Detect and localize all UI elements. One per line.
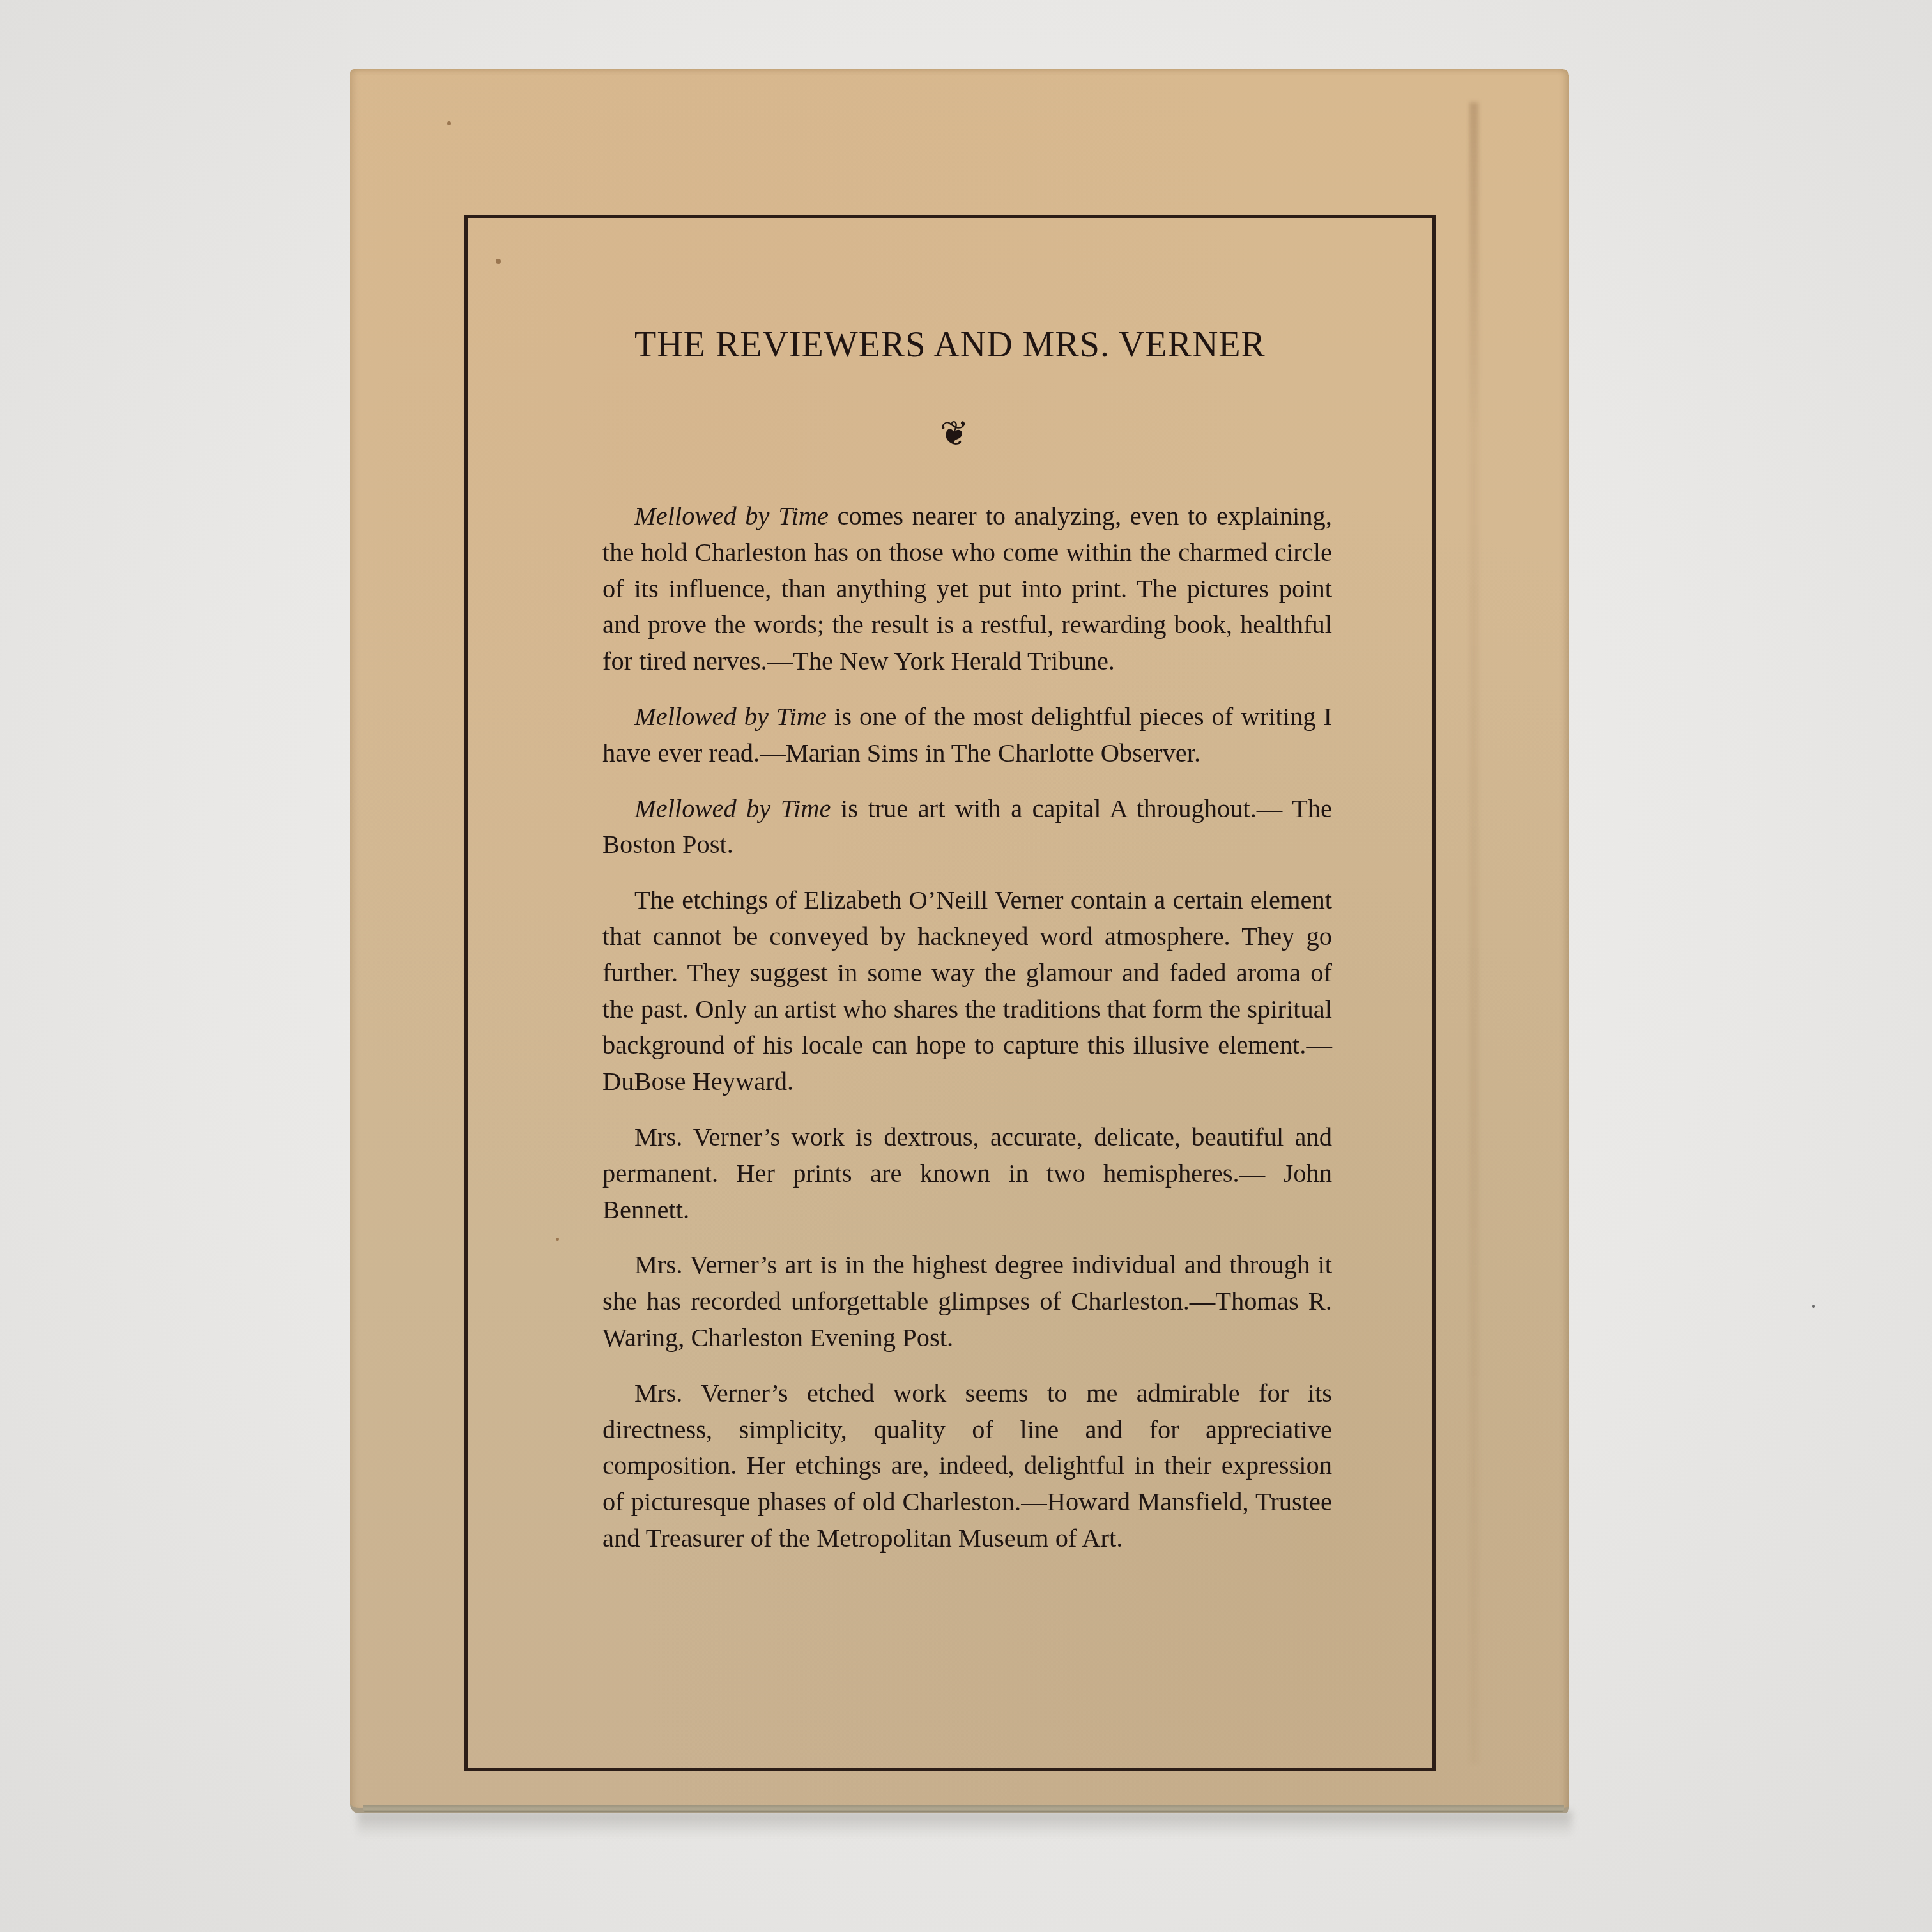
review-text: The etchings of Elizabeth O’Neill Verner… bbox=[602, 885, 1332, 1096]
fleuron-ornament-icon: ❦ bbox=[940, 417, 965, 451]
book-title-italic: Mellowed by Time bbox=[634, 794, 831, 823]
review-text: Mrs. Verner’s work is dextrous, accurate… bbox=[602, 1123, 1332, 1224]
book-bottom-edge bbox=[363, 1805, 1564, 1812]
book-shadow bbox=[358, 1811, 1572, 1837]
review-text: Mrs. Verner’s art is in the highest degr… bbox=[602, 1250, 1332, 1352]
reviews-body: Mellowed by Time comes nearer to analyzi… bbox=[602, 498, 1332, 1576]
review-quote: Mrs. Verner’s work is dextrous, accurate… bbox=[602, 1119, 1332, 1228]
review-quote: Mellowed by Time is one of the most deli… bbox=[602, 699, 1332, 772]
background-speck bbox=[1812, 1305, 1815, 1308]
page-title: THE REVIEWERS AND MRS. VERNER bbox=[464, 325, 1436, 365]
review-text: Mrs. Verner’s etched work seems to me ad… bbox=[602, 1379, 1332, 1552]
paper-speck bbox=[447, 121, 451, 125]
review-quote: Mrs. Verner’s art is in the highest degr… bbox=[602, 1247, 1332, 1356]
spine-fold-stain bbox=[1469, 102, 1478, 1763]
review-quote: Mellowed by Time is true art with a capi… bbox=[602, 791, 1332, 864]
review-quote: The etchings of Elizabeth O’Neill Verner… bbox=[602, 882, 1332, 1100]
review-quote: Mellowed by Time comes nearer to analyzi… bbox=[602, 498, 1332, 680]
book-title-italic: Mellowed by Time bbox=[634, 502, 829, 530]
book-title-italic: Mellowed by Time bbox=[634, 702, 827, 731]
review-quote: Mrs. Verner’s etched work seems to me ad… bbox=[602, 1376, 1332, 1557]
